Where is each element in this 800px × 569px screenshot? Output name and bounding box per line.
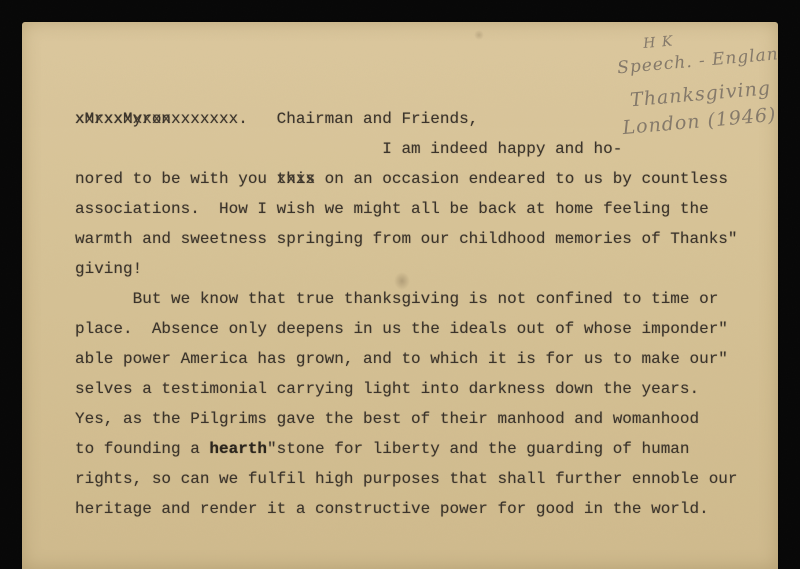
text-segment: But we know that true thanksgiving is no… (75, 290, 718, 308)
overstruck-text: thisxxxx (277, 164, 315, 194)
typed-body: xMrxxMyronxxxxxxxxxxxxxxxxx. Chairman an… (75, 104, 765, 524)
text-segment: rights, so can we fulfil high purposes t… (75, 470, 738, 488)
document-page: H K Speech. - England Thanksgiving in Lo… (22, 22, 778, 569)
typed-line: heritage and render it a constructive po… (75, 494, 765, 524)
text-segment: xxxxxxx. Chairman and Friends, (171, 110, 478, 128)
typed-line: to founding a hearth"stone for liberty a… (75, 434, 765, 464)
text-segment: "stone for liberty and the guarding of h… (267, 440, 689, 458)
text-segment: on an occasion endeared to us by countle… (315, 170, 728, 188)
text-segment: I am indeed happy and ho- (75, 140, 622, 158)
paper-smudge (474, 30, 484, 40)
typed-line: Yes, as the Pilgrims gave the best of th… (75, 404, 765, 434)
text-segment: nored to be with you (75, 170, 277, 188)
text-segment: able power America has grown, and to whi… (75, 350, 728, 368)
text-segment: Yes, as the Pilgrims gave the best of th… (75, 410, 699, 428)
typed-line: I am indeed happy and ho- (75, 134, 765, 164)
typed-line: warmth and sweetness springing from our … (75, 224, 765, 254)
text-segment: hearth (209, 440, 267, 458)
overstruck-text: xMrxxMyronxxxxxxxxxx (75, 104, 171, 134)
typed-line: giving! (75, 254, 765, 284)
photo-background: H K Speech. - England Thanksgiving in Lo… (0, 0, 800, 569)
text-segment: warmth and sweetness springing from our … (75, 230, 738, 248)
text-segment: selves a testimonial carrying light into… (75, 380, 699, 398)
typed-line: place. Absence only deepens in us the id… (75, 314, 765, 344)
typed-line: rights, so can we fulfil high purposes t… (75, 464, 765, 494)
text-segment: associations. How I wish we might all be… (75, 200, 709, 218)
text-segment: giving! (75, 260, 142, 278)
typed-line: associations. How I wish we might all be… (75, 194, 765, 224)
typed-line: nored to be with you thisxxxx on an occa… (75, 164, 765, 194)
text-segment: to founding a (75, 440, 209, 458)
typed-line: xMrxxMyronxxxxxxxxxxxxxxxxx. Chairman an… (75, 104, 765, 134)
typed-line: able power America has grown, and to whi… (75, 344, 765, 374)
text-segment: heritage and render it a constructive po… (75, 500, 709, 518)
typed-line: selves a testimonial carrying light into… (75, 374, 765, 404)
text-segment: place. Absence only deepens in us the id… (75, 320, 728, 338)
typed-line: But we know that true thanksgiving is no… (75, 284, 765, 314)
